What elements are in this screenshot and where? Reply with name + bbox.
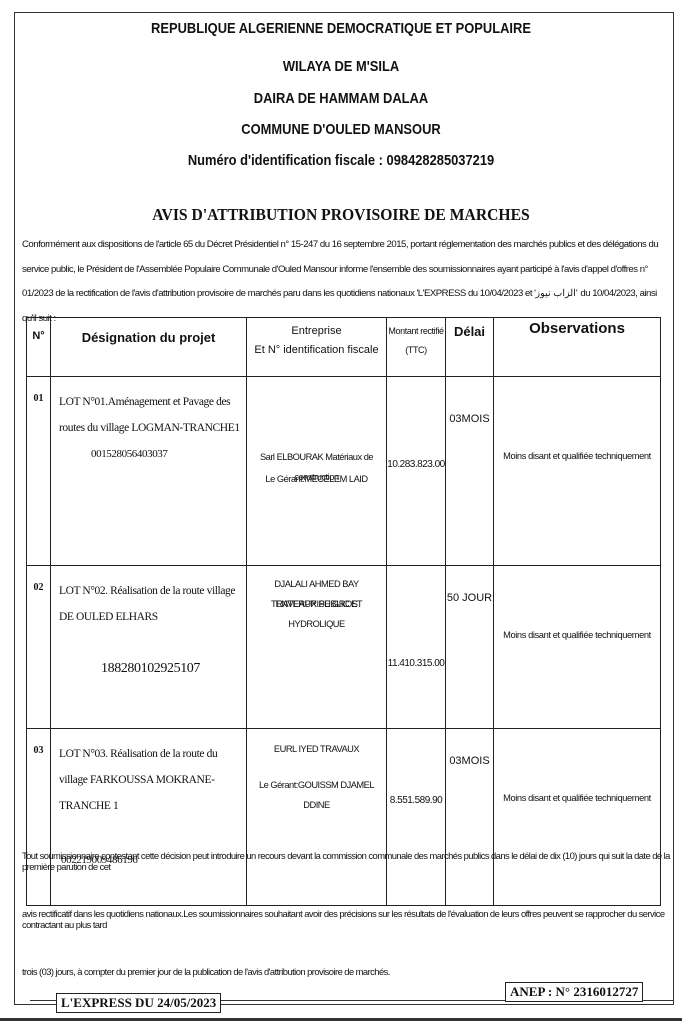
lot-designation-text: LOT N°03. Réalisation de la route du vil… <box>59 748 217 812</box>
lot-designation: LOT N°02. Réalisation de la route villag… <box>51 566 247 729</box>
footer-recourse-line2: avis rectificatif dans les quotidiens na… <box>22 908 670 930</box>
col-header-number: N° <box>27 318 51 377</box>
header-commune: COMMUNE D'OULED MANSOUR <box>48 121 635 138</box>
lot-designation: LOT N°03. Réalisation de la route du vil… <box>51 729 247 906</box>
lot-observations: Moins disant et qualifiée techniquement <box>494 729 661 906</box>
entreprise-manager: Le Gérant:GOUISSM DJAMEL DDINE <box>247 775 386 815</box>
lot-number: 01 <box>27 377 51 566</box>
lot-number: 02 <box>27 566 51 729</box>
lot-entreprise: EURL IYED TRAVAUX Le Gérant:GOUISSM DJAM… <box>247 729 387 906</box>
lot-entreprise: Sarl ELBOURAK Matériaux de construction … <box>247 377 387 566</box>
footer-recourse-line1: Tout soumissionnaire contestant cette dé… <box>22 850 670 872</box>
lot-observations: Moins disant et qualifiée techniquement <box>494 377 661 566</box>
col-header-montant-line2: (TTC) <box>387 341 445 360</box>
lot-observations-value: Moins disant et qualifiée techniquement <box>494 451 660 461</box>
lot-entreprise: DJALALI AHMED BAY ENTERPRISE GROS TRAVEA… <box>247 566 387 729</box>
lot-delay: 03MOIS <box>446 377 494 566</box>
col-header-observations: Observations <box>494 318 661 377</box>
entreprise-name: EURL IYED TRAVAUX <box>247 739 386 759</box>
lot-delay-value: 03MOIS <box>446 755 493 767</box>
lot-observations-value: Moins disant et qualifiée techniquement <box>494 793 660 803</box>
footer-recourse-line3: trois (03) jours, à compter du premier j… <box>22 966 670 977</box>
table-row: 01 LOT N°01.Aménagement et Pavage des ro… <box>27 377 661 566</box>
lot-observations-value: Moins disant et qualifiée techniquement <box>494 630 660 640</box>
lot-amount-value: 11.410.315.00 <box>387 658 445 669</box>
lot-tax-id: 188280102925107 <box>59 656 242 682</box>
lot-amount: 11.410.315.00 <box>387 566 446 729</box>
entreprise-manager: TRAVEAUX PUBLIC ET HYDROLIQUE <box>247 594 386 634</box>
lot-observations: Moins disant et qualifiée techniquement <box>494 566 661 729</box>
col-header-montant-line1: Montant rectifié <box>387 322 445 341</box>
header-republic: REPUBLIQUE ALGERIENNE DEMOCRATIQUE ET PO… <box>48 20 635 37</box>
lot-designation-text: LOT N°01.Aménagement et Pavage des route… <box>59 396 240 434</box>
table-header-row: N° Désignation du projet Entreprise Et N… <box>27 318 661 377</box>
page-bottom-rule <box>0 1018 682 1021</box>
lot-number: 03 <box>27 729 51 906</box>
notice-title: AVIS D'ATTRIBUTION PROVISOIRE DE MARCHES <box>27 205 654 225</box>
header-daira: DAIRA DE HAMMAM DALAA <box>48 90 635 107</box>
entreprise-manager: Le Gérant:MECELEM LAID <box>247 469 386 489</box>
col-header-designation: Désignation du projet <box>51 318 247 377</box>
lot-tax-id: 001528056403037 <box>59 441 242 467</box>
lot-designation: LOT N°01.Aménagement et Pavage des route… <box>51 377 247 566</box>
header-tax-id: Numéro d'identification fiscale : 098428… <box>48 152 635 169</box>
col-header-entreprise: Entreprise Et N° identification fiscale <box>247 318 387 377</box>
anep-number-stamp: ANEP : N° 2316012727 <box>505 982 643 1002</box>
lot-amount-value: 10.283.823.00 <box>387 459 445 470</box>
newspaper-date-stamp: L'EXPRESS DU 24/05/2023 <box>56 993 221 1013</box>
lot-amount: 10.283.823.00 <box>387 377 446 566</box>
table-row: 03 LOT N°03. Réalisation de la route du … <box>27 729 661 906</box>
col-header-montant: Montant rectifié (TTC) <box>387 318 446 377</box>
table-row: 02 LOT N°02. Réalisation de la route vil… <box>27 566 661 729</box>
col-header-entreprise-line2: Et N° identification fiscale <box>247 341 386 360</box>
lots-table: N° Désignation du projet Entreprise Et N… <box>26 317 661 906</box>
col-header-delai: Délai <box>446 318 494 377</box>
lot-delay: 03MOIS <box>446 729 494 906</box>
header-wilaya: WILAYA DE M'SILA <box>48 58 635 75</box>
col-header-entreprise-line1: Entreprise <box>247 322 386 341</box>
lot-amount-value: 8.551.589.90 <box>387 795 445 806</box>
lot-amount: 8.551.589.90 <box>387 729 446 906</box>
lot-designation-text: LOT N°02. Réalisation de la route villag… <box>59 585 235 623</box>
lot-delay-value: 50 JOUR <box>446 592 493 604</box>
lot-delay: 50 JOUR <box>446 566 494 729</box>
lot-delay-value: 03MOIS <box>446 413 493 425</box>
